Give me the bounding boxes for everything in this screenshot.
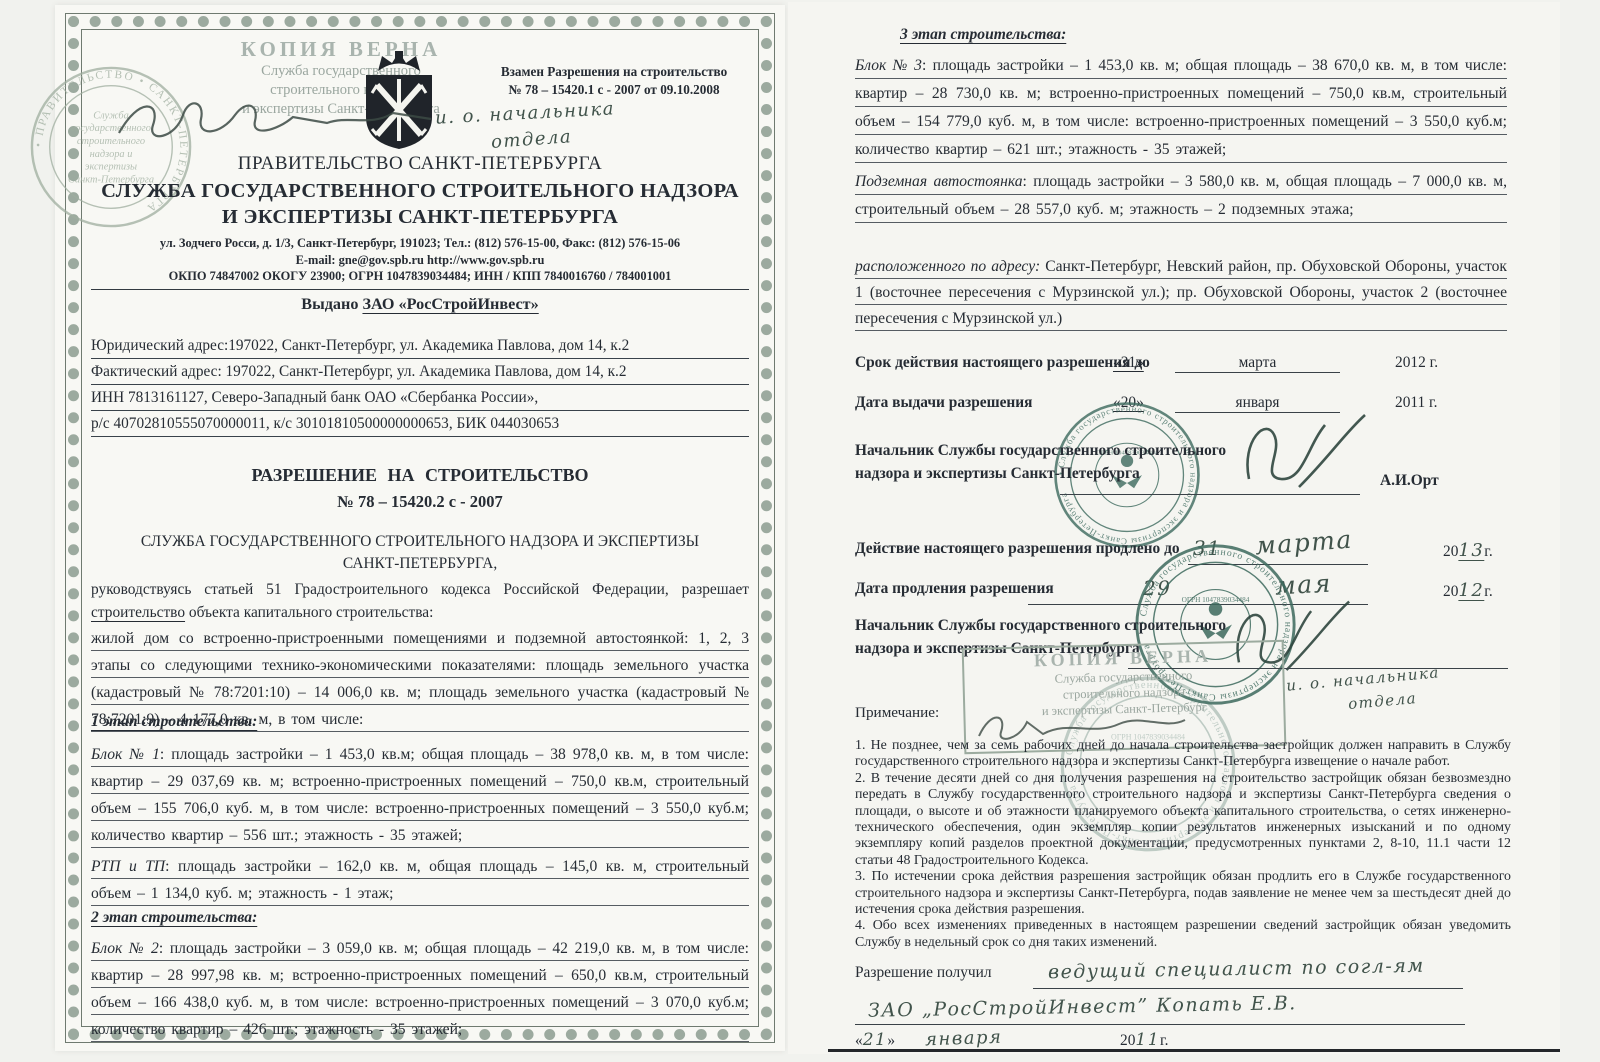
contact-block: ул. Зодчего Росси, д. 1/3, Санкт-Петербу…	[91, 235, 749, 290]
received-line-1	[1033, 988, 1463, 989]
preamble-text-end: объекта капитального строительства:	[185, 604, 433, 621]
block-label: Блок № 1	[91, 746, 160, 763]
date-quote-close: »	[887, 1032, 895, 1049]
page-right: 3 этап строительства: Блок № 3: площадь …	[788, 2, 1560, 1054]
received-label: Разрешение получил	[855, 964, 992, 982]
requisite-accounts: р/с 40702810555070000011, к/с 3010181050…	[91, 411, 749, 437]
extension-year-hand: 13	[1458, 540, 1484, 561]
contact-email: E-mail: gne@gov.spb.ru http://www.gov.sp…	[91, 252, 749, 269]
replacement-note: Взамен Разрешения на строительство № 78 …	[479, 63, 749, 99]
permit-number: № 78 – 15420.2 с - 2007	[91, 492, 749, 512]
stage-3-heading: 3 этап строительства:	[900, 26, 1066, 44]
extension-year-prefix: 20	[1443, 543, 1458, 560]
note-item-4: 4. Обо всех изменениях приведенных в нас…	[855, 918, 1511, 951]
received-line-2	[855, 1024, 1465, 1025]
received-month-hand: января	[925, 1027, 1003, 1051]
service-title: СЛУЖБА ГОСУДАРСТВЕННОГО СТРОИТЕЛЬНОГО НА…	[91, 178, 749, 230]
block-label: РТП и ТП	[91, 858, 165, 875]
stage-1-heading: 1 этап строительства:	[91, 713, 257, 731]
requisites-block: Юридический адрес:197022, Санкт-Петербур…	[91, 333, 749, 437]
copy-stamp-title: КОПИЯ ВЕРНА	[186, 37, 496, 62]
preamble-body: руководствуясь статьей 51 Градостроитель…	[91, 578, 749, 624]
signature-icon	[109, 85, 449, 155]
handwriting-acting-head2: отдела	[1347, 689, 1417, 713]
extension-year: 2013г.	[1443, 540, 1493, 561]
received-year-prefix: 20	[1120, 1032, 1135, 1049]
note-item-1: 1. Не позднее, чем за семь рабочих дней …	[855, 738, 1511, 771]
block-text: : площадь застройки – 162,0 кв. м, общая…	[91, 858, 749, 902]
prolong-year-hand: 12	[1458, 580, 1484, 601]
validity-month: марта	[1175, 354, 1340, 373]
validity-year: 2012 г.	[1395, 354, 1438, 372]
chief-label-line2: надзора и экспертизы Санкт-Петербурга	[855, 462, 1226, 485]
validity-day: «31»	[1113, 354, 1144, 372]
signature-line	[1060, 494, 1360, 495]
issued-line: Выдано ЗАО «РосСтройИнвест»	[91, 295, 749, 314]
requisite-inn-bank: ИНН 7813161127, Северо-Западный банк ОАО…	[91, 385, 749, 411]
note-item-2: 2. В течение десяти дней со дня получени…	[855, 771, 1511, 869]
preamble-caps-line1: СЛУЖБА ГОСУДАРСТВЕННОГО СТРОИТЕЛЬНОГО НА…	[91, 531, 749, 553]
received-date-row: «21» января 2011г.	[855, 1030, 895, 1050]
received-year-hand: 11	[1135, 1030, 1160, 1050]
block-text: : площадь застройки – 3 059,0 кв. м; общ…	[91, 940, 749, 1038]
stage-3-block-3: Блок № 3: площадь застройки – 1 453,0 кв…	[855, 52, 1507, 164]
stage-1-block-1: Блок № 1: площадь застройки – 1 453,0 кв…	[91, 741, 749, 849]
extension-label: Действие настоящего разрешения продлено …	[855, 540, 1180, 557]
stage-2-block-2: Блок № 2: площадь застройки – 3 059,0 кв…	[91, 935, 749, 1043]
chief-name: А.И.Орт	[1380, 472, 1439, 490]
signature-icon	[1233, 407, 1383, 507]
chief-signature-block: Начальник Службы государственного строит…	[855, 439, 1226, 485]
location-paragraph: расположенного по адресу: Санкт-Петербур…	[855, 254, 1507, 332]
preamble-caps-line2: САНКТ-ПЕТЕРБУРГА,	[91, 553, 749, 575]
stage-2-heading: 2 этап строительства:	[91, 909, 257, 927]
permit-title: РАЗРЕШЕНИЕ НА СТРОИТЕЛЬСТВО	[91, 465, 749, 486]
note-label: Примечание:	[855, 704, 939, 722]
validity-label: Срок действия настоящего разрешения до	[855, 354, 1150, 371]
government-title: ПРАВИТЕЛЬСТВО САНКТ-ПЕТЕРБУРГА	[91, 153, 749, 175]
issued-company: ЗАО «РосСтройИнвест»	[362, 295, 538, 313]
replacement-note-line2: № 78 – 15420.1 с - 2007 от 09.10.2008	[479, 81, 749, 99]
preamble-underlined-word: строительство	[91, 604, 185, 621]
contact-codes: ОКПО 74847002 ОКОГУ 23900; ОГРН 10478390…	[91, 268, 749, 285]
issued-prefix: Выдано	[301, 295, 362, 313]
left-page-content: КОПИЯ ВЕРНА Служба государственного стро…	[91, 33, 749, 1039]
validity-row: Срок действия настоящего разрешения до «…	[855, 354, 1515, 378]
requisite-legal-address: Юридический адрес:197022, Санкт-Петербур…	[91, 333, 749, 359]
location-label: расположенного по адресу:	[855, 258, 1040, 275]
copy-stamp-line: Служба государственного	[186, 62, 496, 81]
received-year: 2011г.	[1120, 1030, 1168, 1050]
extension-year-suffix: г.	[1484, 543, 1492, 560]
preamble-caps: СЛУЖБА ГОСУДАРСТВЕННОГО СТРОИТЕЛЬНОГО НА…	[91, 531, 749, 575]
prolong-year: 2012г.	[1443, 580, 1493, 601]
scan-bottom-edge	[828, 1049, 1560, 1052]
construction-notes: 1. Не позднее, чем за семь рабочих дней …	[855, 738, 1511, 951]
note-item-3: 3. По истечении срока действия разрешени…	[855, 869, 1511, 918]
received-handwriting-1: ведущий специалист по согл-ям	[1048, 955, 1425, 984]
stage-1-rtp: РТП и ТП: площадь застройки – 162,0 кв. …	[91, 853, 749, 907]
received-year-suffix: г.	[1160, 1032, 1168, 1049]
scanned-document: • ПРАВИТЕЛЬСТВО • САНКТ-ПЕТЕРБУРГА Служб…	[0, 0, 1600, 1062]
preamble-text: руководствуясь статьей 51 Градостроитель…	[91, 581, 749, 598]
date-quote-open: «	[855, 1032, 863, 1049]
block-text: : площадь застройки – 1 453,0 кв.м; обща…	[91, 746, 749, 844]
handwriting-acting-head2: отдела	[490, 126, 572, 153]
page-left: • ПРАВИТЕЛЬСТВО • САНКТ-ПЕТЕРБУРГА Служб…	[55, 5, 785, 1051]
block-label: Блок № 3	[855, 57, 922, 74]
requisite-actual-address: Фактический адрес: 197022, Санкт-Петербу…	[91, 359, 749, 385]
block-text: : площадь застройки – 1 453,0 кв. м; общ…	[855, 57, 1507, 158]
chief2-label-line1: Начальник Службы государственного строит…	[855, 614, 1226, 637]
issue-date-label: Дата выдачи разрешения	[855, 394, 1032, 411]
issue-year: 2011 г.	[1395, 394, 1437, 412]
contact-address: ул. Зодчего Росси, д. 1/3, Санкт-Петербу…	[91, 235, 749, 252]
chief-label-line1: Начальник Службы государственного строит…	[855, 439, 1226, 462]
underground-parking: Подземная автостоянка: площадь застройки…	[855, 168, 1507, 224]
block-label: Блок № 2	[91, 940, 159, 957]
prolong-year-prefix: 20	[1443, 583, 1458, 600]
replacement-note-line1: Взамен Разрешения на строительство	[479, 63, 749, 81]
received-day-hand: 21	[863, 1030, 888, 1050]
received-handwriting-2: ЗАО „РосСтройИнвест” Копать Е.В.	[868, 992, 1297, 1021]
block-label: Подземная автостоянка	[855, 173, 1023, 190]
prolong-year-suffix: г.	[1484, 583, 1492, 600]
prolongation-label: Дата продления разрешения	[855, 580, 1054, 597]
